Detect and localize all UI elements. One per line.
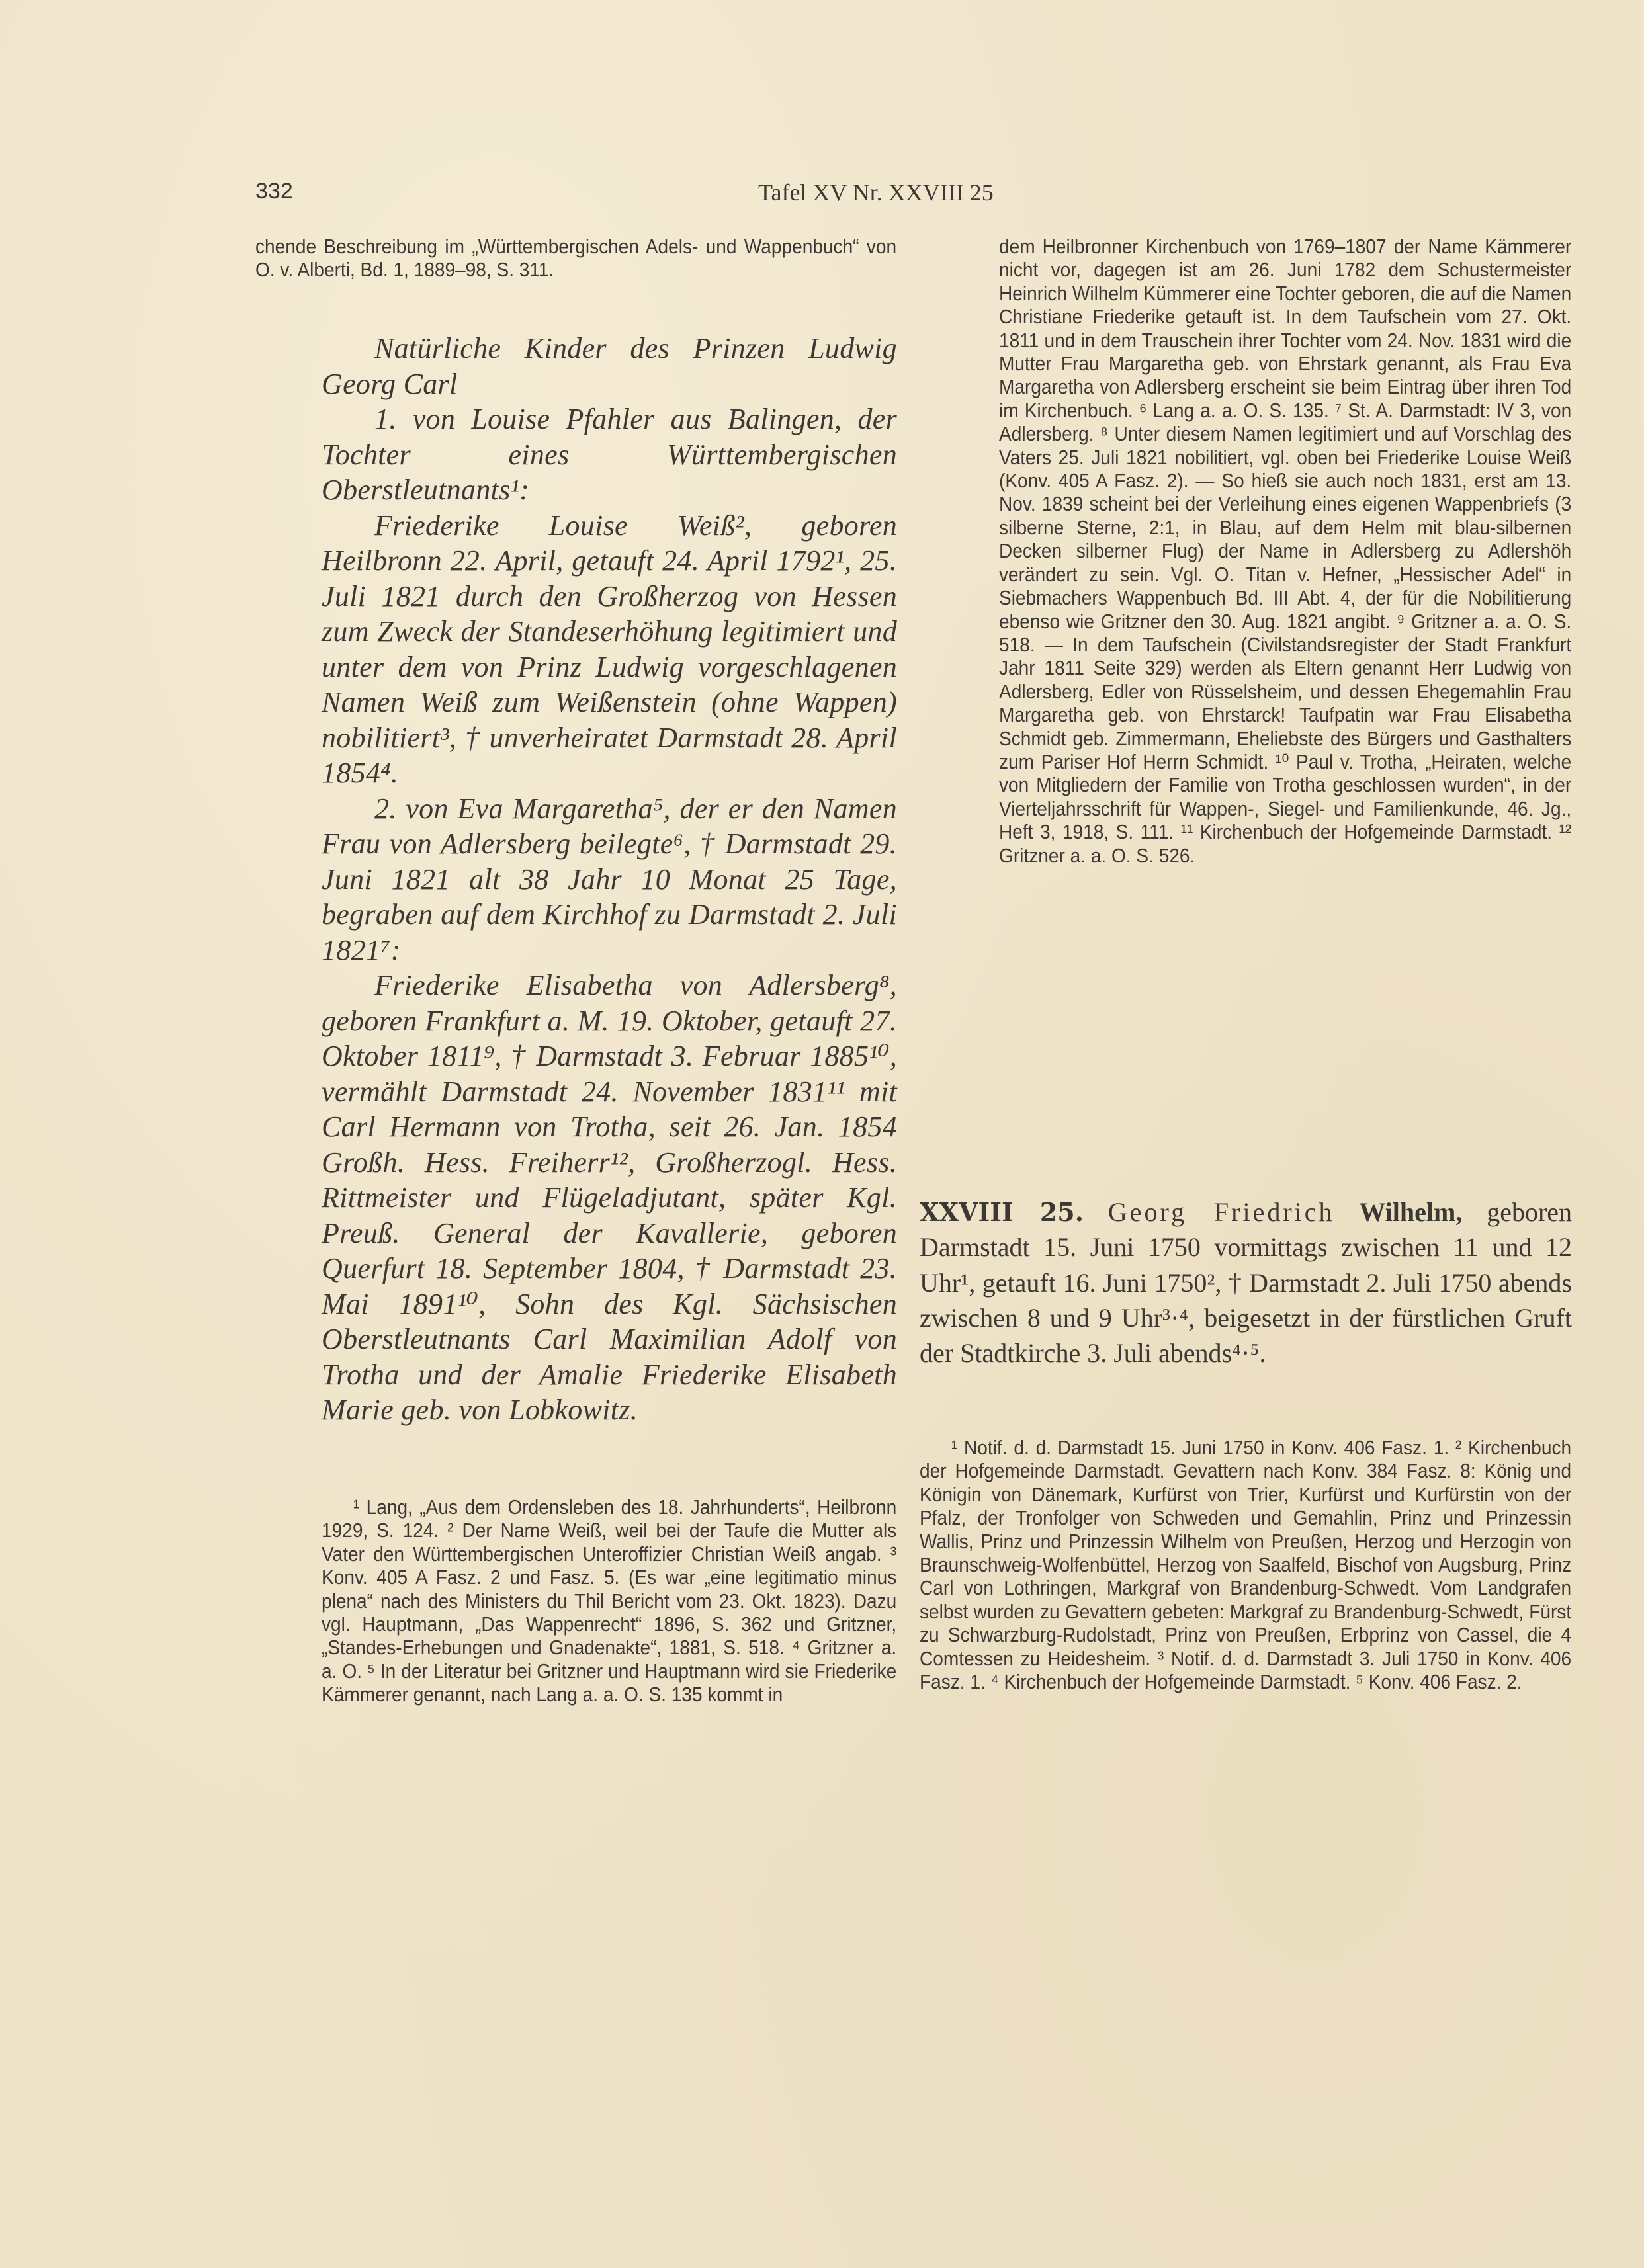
paragraph-friederike-louise-weiss: Friederike Louise Weiß², geboren Heilbro… xyxy=(322,508,897,791)
footnotes-left-text: ¹ Lang, „Aus dem Ordensleben des 18. Jah… xyxy=(322,1496,896,1707)
page-header: 332 Tafel XV Nr. XXVIII 25 xyxy=(255,179,1572,212)
continuation-footnote: chende Beschreibung im „Württembergische… xyxy=(255,235,896,282)
left-footnotes: ¹ Lang, „Aus dem Ordensleben des 18. Jah… xyxy=(322,1496,897,1707)
entry-footnotes: ¹ Notif. d. d. Darmstadt 15. Juni 1750 i… xyxy=(920,1437,1572,1694)
paragraph-eva-margaretha: 2. von Eva Margaretha⁵, der er den Namen… xyxy=(322,791,897,968)
running-title: Tafel XV Nr. XXVIII 25 xyxy=(758,179,994,206)
main-text-italic: Natürliche Kinder des Prinzen Ludwig Geo… xyxy=(322,331,897,1428)
entry-number: XXVIII 25. xyxy=(920,1197,1084,1227)
entry-footnotes-text: ¹ Notif. d. d. Darmstadt 15. Juni 1750 i… xyxy=(920,1437,1571,1694)
continuation-text: chende Beschreibung im „Württembergische… xyxy=(255,235,896,282)
page-number: 332 xyxy=(255,179,293,204)
paragraph-friederike-elisabetha: Friederike Elisabetha von Adlersberg⁸, g… xyxy=(322,968,897,1428)
section-heading: Natürliche Kinder des Prinzen Ludwig Geo… xyxy=(322,331,897,401)
right-column: dem Heilbronner Kirchenbuch von 1769–180… xyxy=(999,235,1572,868)
left-column: chende Beschreibung im „Württembergische… xyxy=(255,235,897,282)
footnotes-continued-text: dem Heilbronner Kirchenbuch von 1769–180… xyxy=(999,235,1571,868)
entry-given-names: Georg Friedrich xyxy=(1108,1197,1335,1227)
genealogy-entry: XXVIII 25. Georg Friedrich Wilhelm, gebo… xyxy=(920,1195,1572,1370)
paragraph-pfahler: 1. von Louise Pfahler aus Balingen, der … xyxy=(322,401,897,508)
entry-call-name: Wilhelm, xyxy=(1359,1197,1462,1227)
